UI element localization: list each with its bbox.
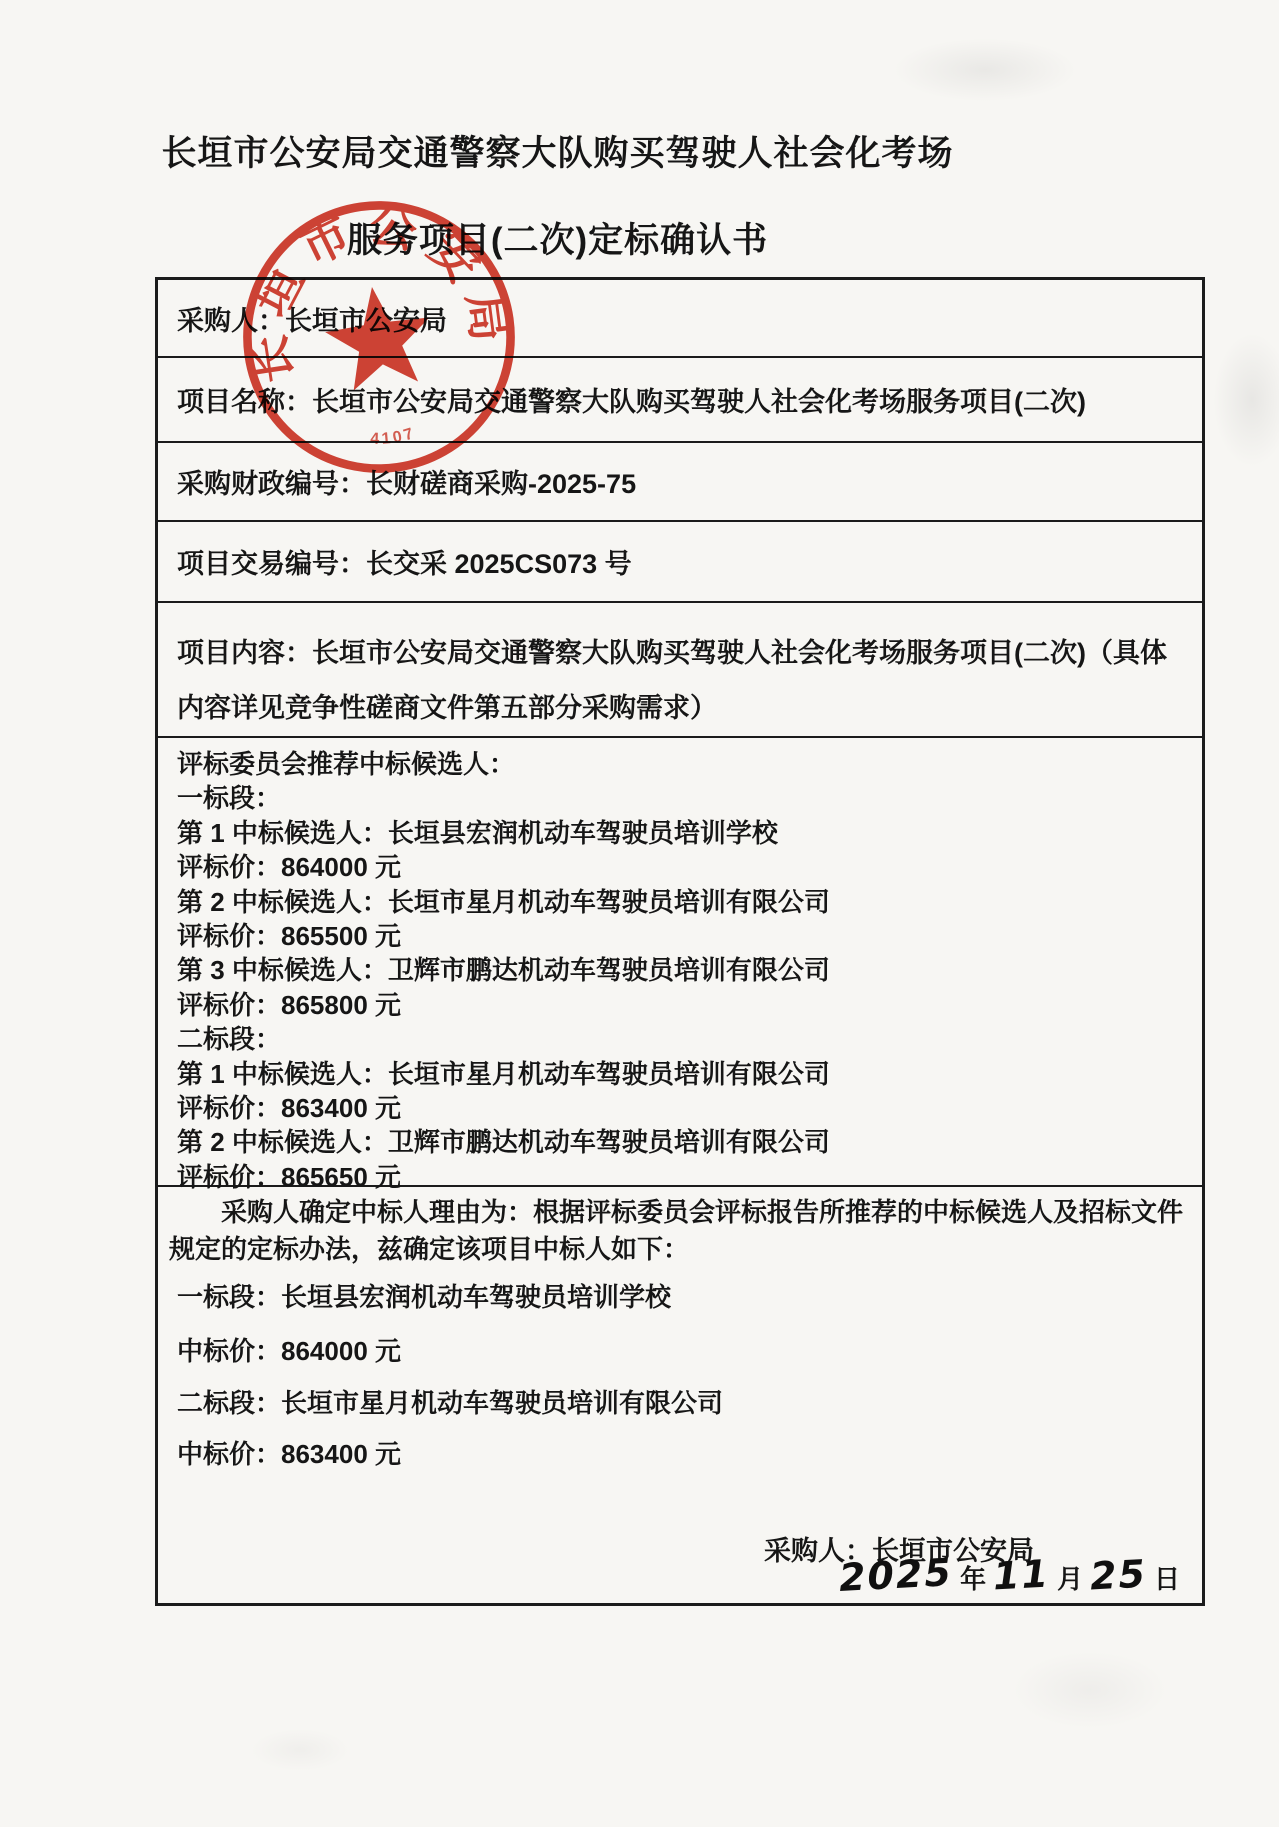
candidate-price-line: 评标价：865500 元: [177, 919, 1188, 953]
candidate-rank-line: 第 3 中标候选人：卫辉市鹏达机动车驾驶员培训有限公司: [177, 953, 1188, 987]
award-price-line: 中标价：864000 元: [177, 1331, 401, 1368]
project-content-label: 项目内容：: [177, 638, 312, 668]
candidate-price-line: 评标价：863400 元: [177, 1091, 1188, 1125]
award-line: 二标段：长垣市星月机动车驾驶员培训有限公司: [177, 1383, 723, 1420]
candidate-rank-label: 第 3 中标候选人：: [177, 955, 388, 985]
award-price-value: 864000 元: [281, 1336, 401, 1366]
transaction-number-label: 项目交易编号：: [177, 542, 366, 581]
award-label: 二标段：: [177, 1388, 281, 1418]
title-line-1: 长垣市公安局交通警察大队购买驾驶人社会化考场: [0, 126, 1115, 176]
section2-label: 二标段：: [177, 1022, 1188, 1056]
table-row-project-content: 项目内容：长垣市公安局交通警察大队购买驾驶人社会化考场服务项目(二次)（具体内容…: [158, 603, 1202, 738]
svg-text:4107: 4107: [368, 423, 419, 450]
award-price-line: 中标价：863400 元: [177, 1434, 401, 1471]
official-seal-stamp: 长垣市公安局 4107: [217, 174, 541, 501]
date-day-handwritten: 25: [1089, 1552, 1148, 1599]
candidate-rank-line: 第 2 中标候选人：卫辉市鹏达机动车驾驶员培训有限公司: [177, 1125, 1188, 1159]
table-row-transaction-number: 项目交易编号：长交采 2025CS073 号: [158, 522, 1202, 603]
price-value: 865800 元: [281, 990, 401, 1020]
candidate-name: 长垣市星月机动车驾驶员培训有限公司: [388, 887, 830, 917]
decision-paragraph: 采购人确定中标人理由为：根据评标委员会评标报告所推荐的中标候选人及招标文件规定的…: [169, 1194, 1192, 1268]
price-value: 863400 元: [281, 1093, 401, 1123]
table-row-candidates: 评标委员会推荐中标候选人： 一标段： 第 1 中标候选人：长垣县宏润机动车驾驶员…: [158, 738, 1202, 1187]
award-line: 一标段：长垣县宏润机动车驾驶员培训学校: [177, 1277, 671, 1314]
candidate-name: 长垣市星月机动车驾驶员培训有限公司: [388, 1059, 830, 1089]
date-day-unit: 日: [1154, 1559, 1180, 1596]
candidate-rank-label: 第 1 中标候选人：: [177, 818, 388, 848]
date-line: 2025 年 11 月 25 日: [839, 1553, 1180, 1597]
date-month-handwritten: 11: [992, 1552, 1051, 1599]
price-label: 评标价：: [177, 921, 281, 951]
title-line-2: 服务项目(二次)定标确认书: [0, 213, 1115, 263]
candidate-name: 长垣县宏润机动车驾驶员培训学校: [388, 818, 778, 848]
candidate-rank-line: 第 1 中标候选人：长垣市星月机动车驾驶员培训有限公司: [177, 1057, 1188, 1091]
candidate-rank-line: 第 1 中标候选人：长垣县宏润机动车驾驶员培训学校: [177, 816, 1188, 850]
project-content-value: 长垣市公安局交通警察大队购买驾驶人社会化考场服务项目(二次)（具体内容详见竞争性…: [177, 638, 1167, 723]
candidates-heading: 评标委员会推荐中标候选人：: [177, 747, 1188, 781]
document-title: 长垣市公安局交通警察大队购买驾驶人社会化考场 服务项目(二次)定标确认书: [0, 126, 1115, 263]
candidate-price-line: 评标价：864000 元: [177, 850, 1188, 884]
candidate-rank-label: 第 2 中标候选人：: [177, 887, 388, 917]
candidate-rank-label: 第 1 中标候选人：: [177, 1059, 388, 1089]
candidate-rank-label: 第 2 中标候选人：: [177, 1127, 388, 1157]
award-price-label: 中标价：: [177, 1439, 281, 1469]
candidate-rank-line: 第 2 中标候选人：长垣市星月机动车驾驶员培训有限公司: [177, 885, 1188, 919]
price-label: 评标价：: [177, 852, 281, 882]
award-price-label: 中标价：: [177, 1336, 281, 1366]
document-page: 长垣市公安局交通警察大队购买驾驶人社会化考场 服务项目(二次)定标确认书 长垣市…: [0, 0, 1279, 1827]
award-label: 一标段：: [177, 1282, 281, 1312]
candidate-name: 卫辉市鹏达机动车驾驶员培训有限公司: [388, 1127, 830, 1157]
award-value: 长垣市星月机动车驾驶员培训有限公司: [281, 1388, 723, 1418]
award-price-value: 863400 元: [281, 1439, 401, 1469]
price-label: 评标价：: [177, 1093, 281, 1123]
date-year-handwritten: 2025: [838, 1550, 954, 1600]
section1-label: 一标段：: [177, 781, 1188, 815]
candidate-price-line: 评标价：865800 元: [177, 988, 1188, 1022]
table-row-decision: 采购人确定中标人理由为：根据评标委员会评标报告所推荐的中标候选人及招标文件规定的…: [158, 1187, 1202, 1603]
seal-code-text: 4107: [368, 423, 419, 450]
price-value: 865500 元: [281, 921, 401, 951]
award-value: 长垣县宏润机动车驾驶员培训学校: [281, 1282, 671, 1312]
price-value: 864000 元: [281, 852, 401, 882]
date-month-unit: 月: [1057, 1559, 1083, 1596]
candidate-name: 卫辉市鹏达机动车驾驶员培训有限公司: [388, 955, 830, 985]
price-label: 评标价：: [177, 990, 281, 1020]
date-year-unit: 年: [960, 1559, 986, 1596]
transaction-number-value: 长交采 2025CS073 号: [366, 542, 632, 581]
seal-star-icon: [320, 280, 438, 394]
